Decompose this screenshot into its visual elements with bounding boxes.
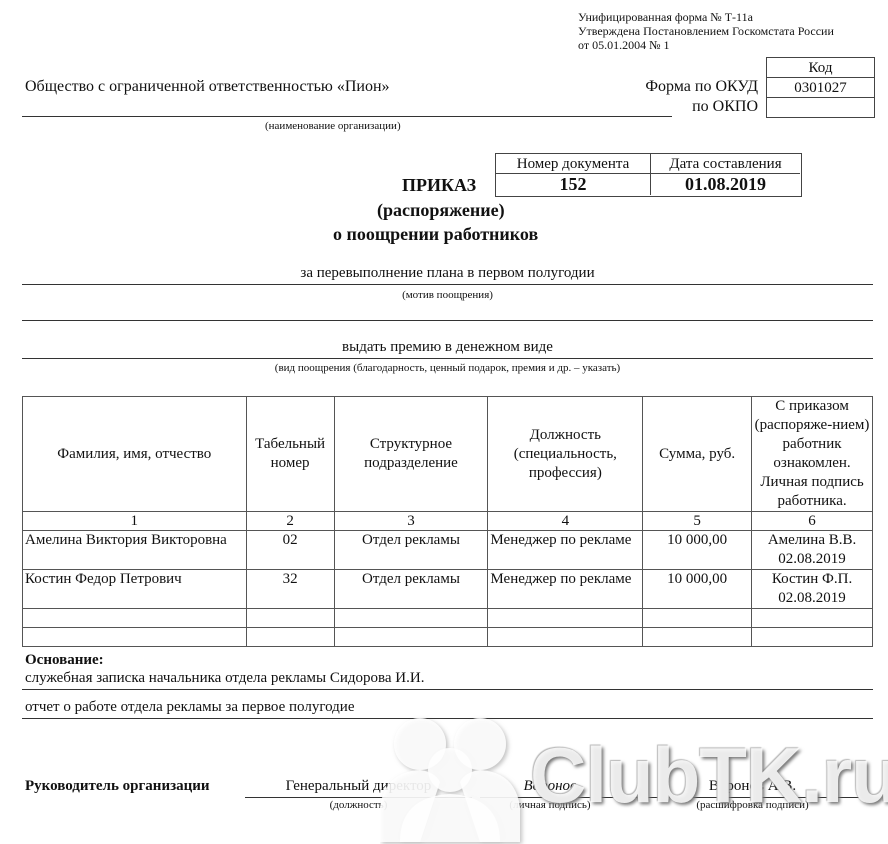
cell-acknowledgement: Костин Ф.П. 02.08.2019 (752, 570, 873, 609)
form-meta: Унифицированная форма № Т-11а Утверждена… (578, 10, 834, 52)
document-date-label: Дата составления (651, 154, 800, 174)
empty-cell (488, 609, 643, 628)
signoff-position-caption: (должность) (245, 799, 472, 811)
column-number: 1 (23, 512, 247, 531)
motive-value: за перевыполнение плана в первом полугод… (22, 265, 873, 282)
empty-cell (334, 609, 488, 628)
organization-name: Общество с ограниченной ответственностью… (25, 78, 390, 96)
empty-cell (246, 609, 334, 628)
empty-cell (334, 628, 488, 647)
signoff-decoding: Воронов А.В. (630, 778, 875, 795)
signature-date: 02.08.2019 (754, 589, 870, 608)
document-number-label: Номер документа (496, 154, 651, 174)
empty-cell (643, 628, 752, 647)
okud-value: 0301027 (767, 78, 874, 98)
cell-tab-number: 32 (246, 570, 334, 609)
document-subject: о поощрении работников (333, 224, 538, 245)
column-number: 6 (752, 512, 873, 531)
empty-cell (23, 628, 247, 647)
cell-full-name: Костин Федор Петрович (23, 570, 247, 609)
signoff-position: Генеральный директор (245, 778, 472, 795)
empty-cell (752, 628, 873, 647)
signature-name: Амелина В.В. (754, 531, 870, 550)
organization-caption: (наименование организации) (265, 120, 401, 132)
document-title: ПРИКАЗ (402, 175, 476, 196)
header-full-name: Фамилия, имя, отчество (23, 397, 247, 512)
table-header-row: Фамилия, имя, отчество Табельный номер С… (23, 397, 873, 512)
document-subtitle: (распоряжение) (377, 200, 505, 221)
cell-position: Менеджер по рекламе (488, 570, 643, 609)
okpo-value (767, 98, 874, 117)
basis-underline1 (22, 689, 873, 690)
column-number: 5 (643, 512, 752, 531)
signature-date: 02.08.2019 (754, 550, 870, 569)
basis-line2: отчет о работе отдела рекламы за первое … (25, 699, 355, 716)
header-amount: Сумма, руб. (643, 397, 752, 512)
reward-type-caption: (вид поощрения (благодарность, ценный по… (22, 362, 873, 374)
empty-cell (23, 609, 247, 628)
cell-acknowledgement: Амелина В.В. 02.08.2019 (752, 531, 873, 570)
signoff-label: Руководитель организации (25, 778, 210, 795)
form-meta-line2: Утверждена Постановлением Госкомстата Ро… (578, 24, 834, 38)
codes-header: Код (767, 58, 874, 78)
header-department: Структурное подразделение (334, 397, 488, 512)
table-row: Амелина Виктория Викторовна 02 Отдел рек… (23, 531, 873, 570)
cell-department: Отдел рекламы (334, 531, 488, 570)
basis-underline2 (22, 718, 873, 719)
motive-underline (22, 284, 873, 285)
signoff-signature-line (480, 797, 620, 798)
table-row: Костин Федор Петрович 32 Отдел рекламы М… (23, 570, 873, 609)
header-acknowledgement: С приказом (распоряже-нием) работник озн… (752, 397, 873, 512)
column-number: 3 (334, 512, 488, 531)
signoff-signature: Воронов (480, 778, 620, 795)
motive-extra-line (22, 320, 873, 321)
cell-full-name: Амелина Виктория Викторовна (23, 531, 247, 570)
signoff-decoding-line (630, 797, 875, 798)
column-number: 4 (488, 512, 643, 531)
motive-caption: (мотив поощрения) (22, 289, 873, 301)
empty-cell (488, 628, 643, 647)
header-position: Должность (специальность, профессия) (488, 397, 643, 512)
reward-type-value: выдать премию в денежном виде (22, 339, 873, 356)
form-meta-line1: Унифицированная форма № Т-11а (578, 10, 834, 24)
okud-label: Форма по ОКУД (645, 78, 758, 96)
basis-line1: служебная записка начальника отдела рекл… (25, 670, 424, 687)
form-meta-line3: от 05.01.2004 № 1 (578, 38, 834, 52)
signoff-position-line (245, 797, 472, 798)
organization-underline (22, 116, 672, 117)
cell-amount: 10 000,00 (643, 531, 752, 570)
table-row-empty (23, 628, 873, 647)
cell-amount: 10 000,00 (643, 570, 752, 609)
cell-position: Менеджер по рекламе (488, 531, 643, 570)
cell-tab-number: 02 (246, 531, 334, 570)
document-box: Номер документа Дата составления 152 01.… (495, 153, 802, 197)
empty-cell (246, 628, 334, 647)
signoff-signature-caption: (личная подпись) (480, 799, 620, 811)
reward-type-underline (22, 358, 873, 359)
document-number-value: 152 (496, 174, 651, 195)
signoff-decoding-caption: (расшифровка подписи) (630, 799, 875, 811)
employees-table: Фамилия, имя, отчество Табельный номер С… (22, 396, 873, 647)
codes-box: Код 0301027 (766, 57, 875, 118)
okpo-label: по ОКПО (692, 98, 758, 116)
document-date-value: 01.08.2019 (651, 174, 800, 195)
header-tab-number: Табельный номер (246, 397, 334, 512)
empty-cell (643, 609, 752, 628)
signature-name: Костин Ф.П. (754, 570, 870, 589)
table-column-numbers-row: 1 2 3 4 5 6 (23, 512, 873, 531)
cell-department: Отдел рекламы (334, 570, 488, 609)
empty-cell (752, 609, 873, 628)
column-number: 2 (246, 512, 334, 531)
basis-label: Основание: (25, 652, 104, 669)
table-row-empty (23, 609, 873, 628)
